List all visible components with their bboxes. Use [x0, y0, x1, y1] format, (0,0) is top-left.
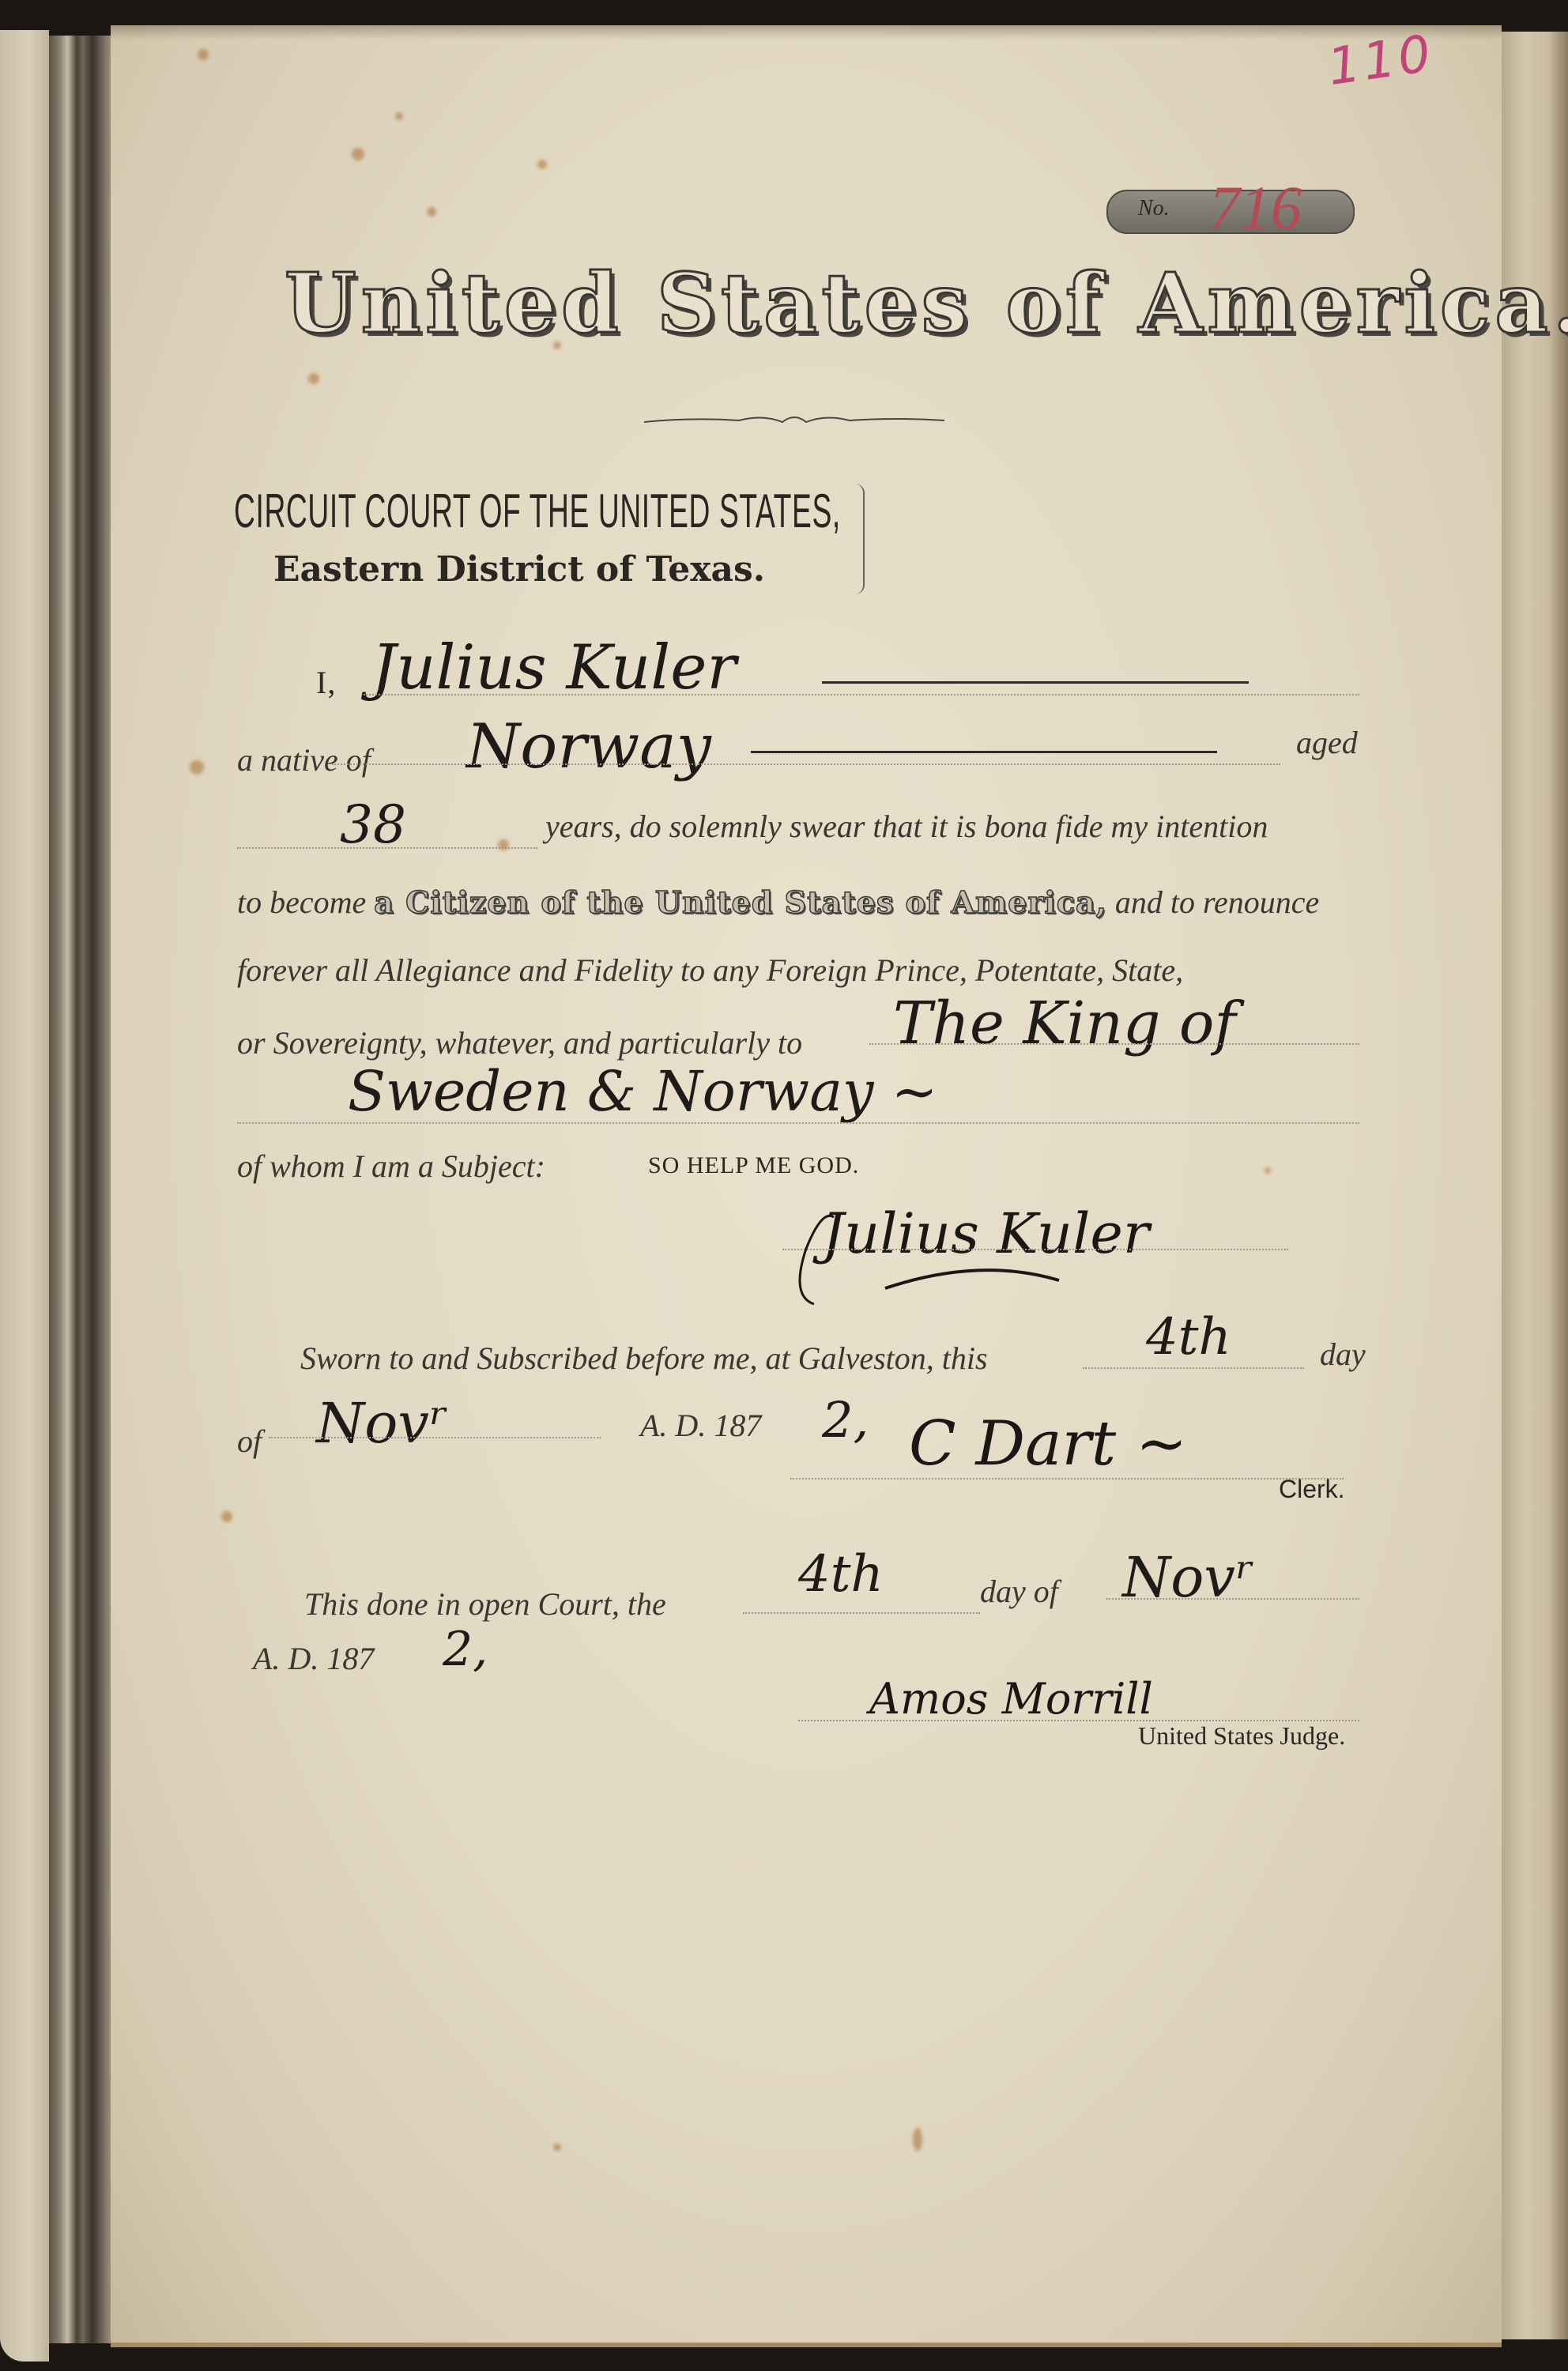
native-of-label: a native of [237, 741, 371, 778]
ink-dash [822, 681, 1249, 684]
ornament-flourish-icon [644, 411, 944, 430]
sworn-of-label: of [237, 1423, 262, 1460]
court-action-year-digit: 2, [443, 1622, 488, 1677]
clerk-label: Clerk. [1279, 1475, 1345, 1504]
sworn-day: 4th [1146, 1308, 1231, 1366]
sworn-year-digit: 2, [822, 1391, 869, 1449]
fill-line [743, 1612, 980, 1614]
court-action-day: 4th [798, 1545, 884, 1604]
foxing-spot [427, 207, 436, 217]
ink-dash [751, 751, 1217, 753]
sovereign-name-line2: Sweden & Norway ~ [348, 1059, 937, 1124]
bracket [855, 484, 865, 594]
applicant-name: Julius Kuler [371, 632, 737, 703]
signature-line [790, 1478, 1344, 1480]
district-name: Eastern District of Texas. [273, 549, 765, 590]
document-page [111, 25, 1502, 2347]
so-help-me-god: SO HELP ME GOD. [648, 1152, 859, 1179]
sovereign-name-line1: The King of [893, 989, 1236, 1057]
sworn-text: Sworn to and Subscribed before me, at Ga… [300, 1340, 988, 1377]
oath-text-line2: to become a Citizen of the United States… [237, 884, 1319, 921]
applicant-age: 38 [340, 794, 406, 855]
clerk-signature: C Dart ~ [909, 1408, 1187, 1480]
subject-text: of whom I am a Subject: [237, 1148, 545, 1185]
oath-text-line3: forever all Allegiance and Fidelity to a… [237, 952, 1183, 989]
foxing-spot [308, 373, 319, 384]
page-stack-edge [1502, 32, 1568, 2339]
fill-line [237, 1122, 1359, 1124]
oath-line2-post: and to renounce [1115, 884, 1319, 920]
foxing-spot [221, 1511, 232, 1522]
fill-line [1106, 1598, 1359, 1600]
judge-label: United States Judge. [1138, 1721, 1345, 1751]
fill-line [1083, 1367, 1304, 1369]
sworn-ad-label: A. D. 187 [640, 1407, 761, 1444]
signature-flourish-icon [775, 1201, 1138, 1312]
foxing-spot [198, 49, 209, 60]
court-action-ad-label: A. D. 187 [253, 1640, 374, 1677]
sworn-day-label: day [1320, 1336, 1366, 1373]
native-country: Norway [466, 711, 711, 782]
prefix-i: I, [316, 664, 336, 701]
foxing-spot [1265, 1167, 1271, 1174]
fill-line [269, 1437, 601, 1438]
foxing-spot [190, 760, 204, 775]
oath-text-line4: or Sovereignty, whatever, and particular… [237, 1024, 802, 1061]
foxing-spot [395, 112, 403, 120]
fill-line [869, 1043, 1359, 1045]
judge-signature: Amos Morrill [869, 1674, 1153, 1724]
oath-text-line1: years, do solemnly swear that it is bona… [545, 808, 1268, 845]
oath-line2-citizen: a Citizen of the United States of Americ… [374, 884, 1107, 920]
page-top-shadow [111, 25, 1502, 40]
document-title: United States of America. [285, 254, 1568, 352]
court-name: CIRCUIT COURT OF THE UNITED STATES, [234, 484, 841, 538]
court-action-day-of-label: day of [980, 1573, 1058, 1610]
fill-line [332, 763, 1280, 765]
fill-line [237, 847, 537, 849]
sworn-month: Novʳ [316, 1391, 448, 1456]
oath-line2-pre: to become [237, 884, 366, 920]
record-number-label: No. [1138, 196, 1170, 221]
record-number: 716 [1209, 172, 1302, 243]
court-action-month: Novʳ [1122, 1545, 1254, 1610]
foxing-spot [537, 160, 547, 169]
foxing-spot [553, 2143, 561, 2151]
foxing-spot [913, 2128, 922, 2151]
book-gutter [49, 36, 111, 2343]
fill-line [364, 694, 1359, 695]
court-action-text: This done in open Court, the [304, 1585, 666, 1623]
aged-label: aged [1296, 724, 1358, 761]
foxing-spot [352, 148, 364, 160]
left-page-edge [0, 30, 49, 2362]
